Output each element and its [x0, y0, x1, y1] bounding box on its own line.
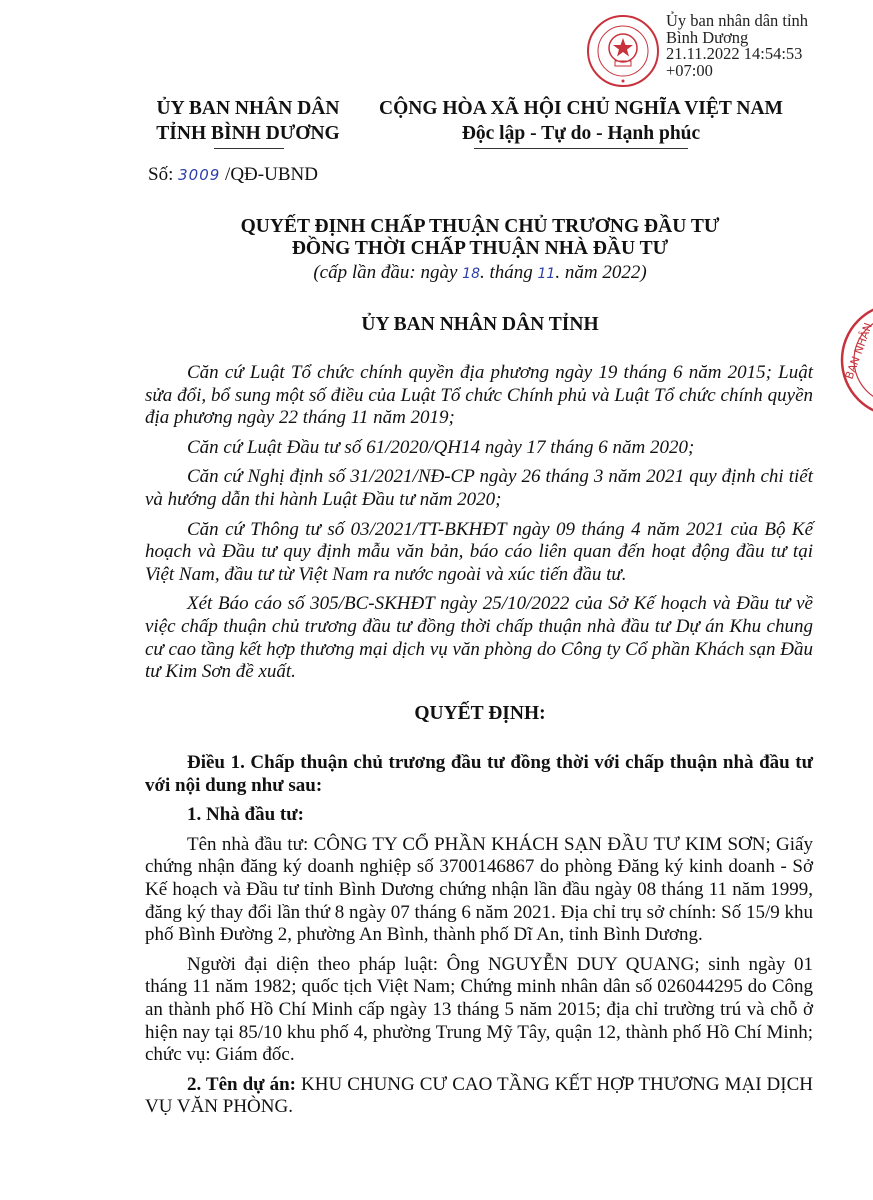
article-1-heading: Điều 1. Chấp thuận chủ trương đầu tư đồn…	[145, 752, 813, 797]
issue-date: (cấp lần đầu: ngày 18. tháng 11. năm 202…	[140, 262, 820, 284]
authority-heading: ỦY BAN NHÂN DÂN TỈNH	[140, 314, 820, 336]
divider	[214, 148, 284, 149]
preamble-item: Căn cứ Luật Đầu tư số 61/2020/QH14 ngày …	[145, 437, 813, 460]
red-seal-partial-icon: BAN NHÂN	[838, 300, 873, 420]
national-motto: Độc lập - Tự do - Hạnh phúc	[364, 121, 798, 146]
project-name-label: 2. Tên dự án:	[187, 1074, 296, 1095]
national-header: CỘNG HÒA XÃ HỘI CHỦ NGHĨA VIỆT NAM Độc l…	[364, 96, 798, 146]
preamble-item: Xét Báo cáo số 305/BC-SKHĐT ngày 25/10/2…	[145, 593, 813, 683]
decision-heading: QUYẾT ĐỊNH:	[140, 703, 820, 725]
nation-name: CỘNG HÒA XÃ HỘI CHỦ NGHĨA VIỆT NAM	[364, 96, 798, 121]
province-seal-icon	[586, 14, 660, 88]
preamble-item: Căn cứ Nghị định số 31/2021/NĐ-CP ngày 2…	[145, 466, 813, 511]
preamble-item: Căn cứ Thông tư số 03/2021/TT-BKHĐT ngày…	[145, 519, 813, 587]
issue-date-mid: . tháng	[480, 262, 538, 283]
issue-day-handwritten: 18	[462, 266, 480, 282]
issuing-authority: ỦY BAN NHÂN DÂN TỈNH BÌNH DƯƠNG	[146, 96, 350, 146]
issue-month-handwritten: 11	[538, 266, 556, 282]
title-line-1: QUYẾT ĐỊNH CHẤP THUẬN CHỦ TRƯƠNG ĐẦU TƯ	[140, 216, 820, 238]
issue-date-prefix: (cấp lần đầu: ngày	[313, 262, 462, 283]
doc-number-handwritten: 3009	[178, 166, 220, 184]
preamble-item: Căn cứ Luật Tổ chức chính quyền địa phươ…	[145, 362, 813, 430]
issue-date-suffix: . năm 2022)	[555, 262, 646, 283]
divider	[474, 148, 688, 149]
project-name: 2. Tên dự án: KHU CHUNG CƯ CAO TẦNG KẾT …	[145, 1074, 813, 1119]
digital-signature-text: Ủy ban nhân dân tỉnh Bình Dương 21.11.20…	[666, 13, 808, 79]
signature-line: +07:00	[666, 63, 808, 80]
preamble: Căn cứ Luật Tổ chức chính quyền địa phươ…	[145, 362, 813, 691]
legal-representative-info: Người đại diện theo pháp luật: Ông NGUYỄ…	[145, 954, 813, 1067]
doc-number-label: Số:	[148, 164, 173, 185]
investor-info: Tên nhà đầu tư: CÔNG TY CỔ PHẦN KHÁCH SẠ…	[145, 834, 813, 947]
doc-number-suffix: /QĐ-UBND	[225, 164, 318, 185]
document-number: Số: 3009 /QĐ-UBND	[148, 164, 318, 186]
article-1: Điều 1. Chấp thuận chủ trương đầu tư đồn…	[145, 752, 813, 1126]
title-line-2: ĐỒNG THỜI CHẤP THUẬN NHÀ ĐẦU TƯ	[140, 238, 820, 260]
document-title: QUYẾT ĐỊNH CHẤP THUẬN CHỦ TRƯƠNG ĐẦU TƯ …	[140, 216, 820, 260]
org-line-1: ỦY BAN NHÂN DÂN	[146, 96, 350, 121]
org-line-2: TỈNH BÌNH DƯƠNG	[146, 121, 350, 146]
svg-text:BAN NHÂN: BAN NHÂN	[843, 321, 873, 381]
section-1-heading: 1. Nhà đầu tư:	[145, 804, 813, 827]
